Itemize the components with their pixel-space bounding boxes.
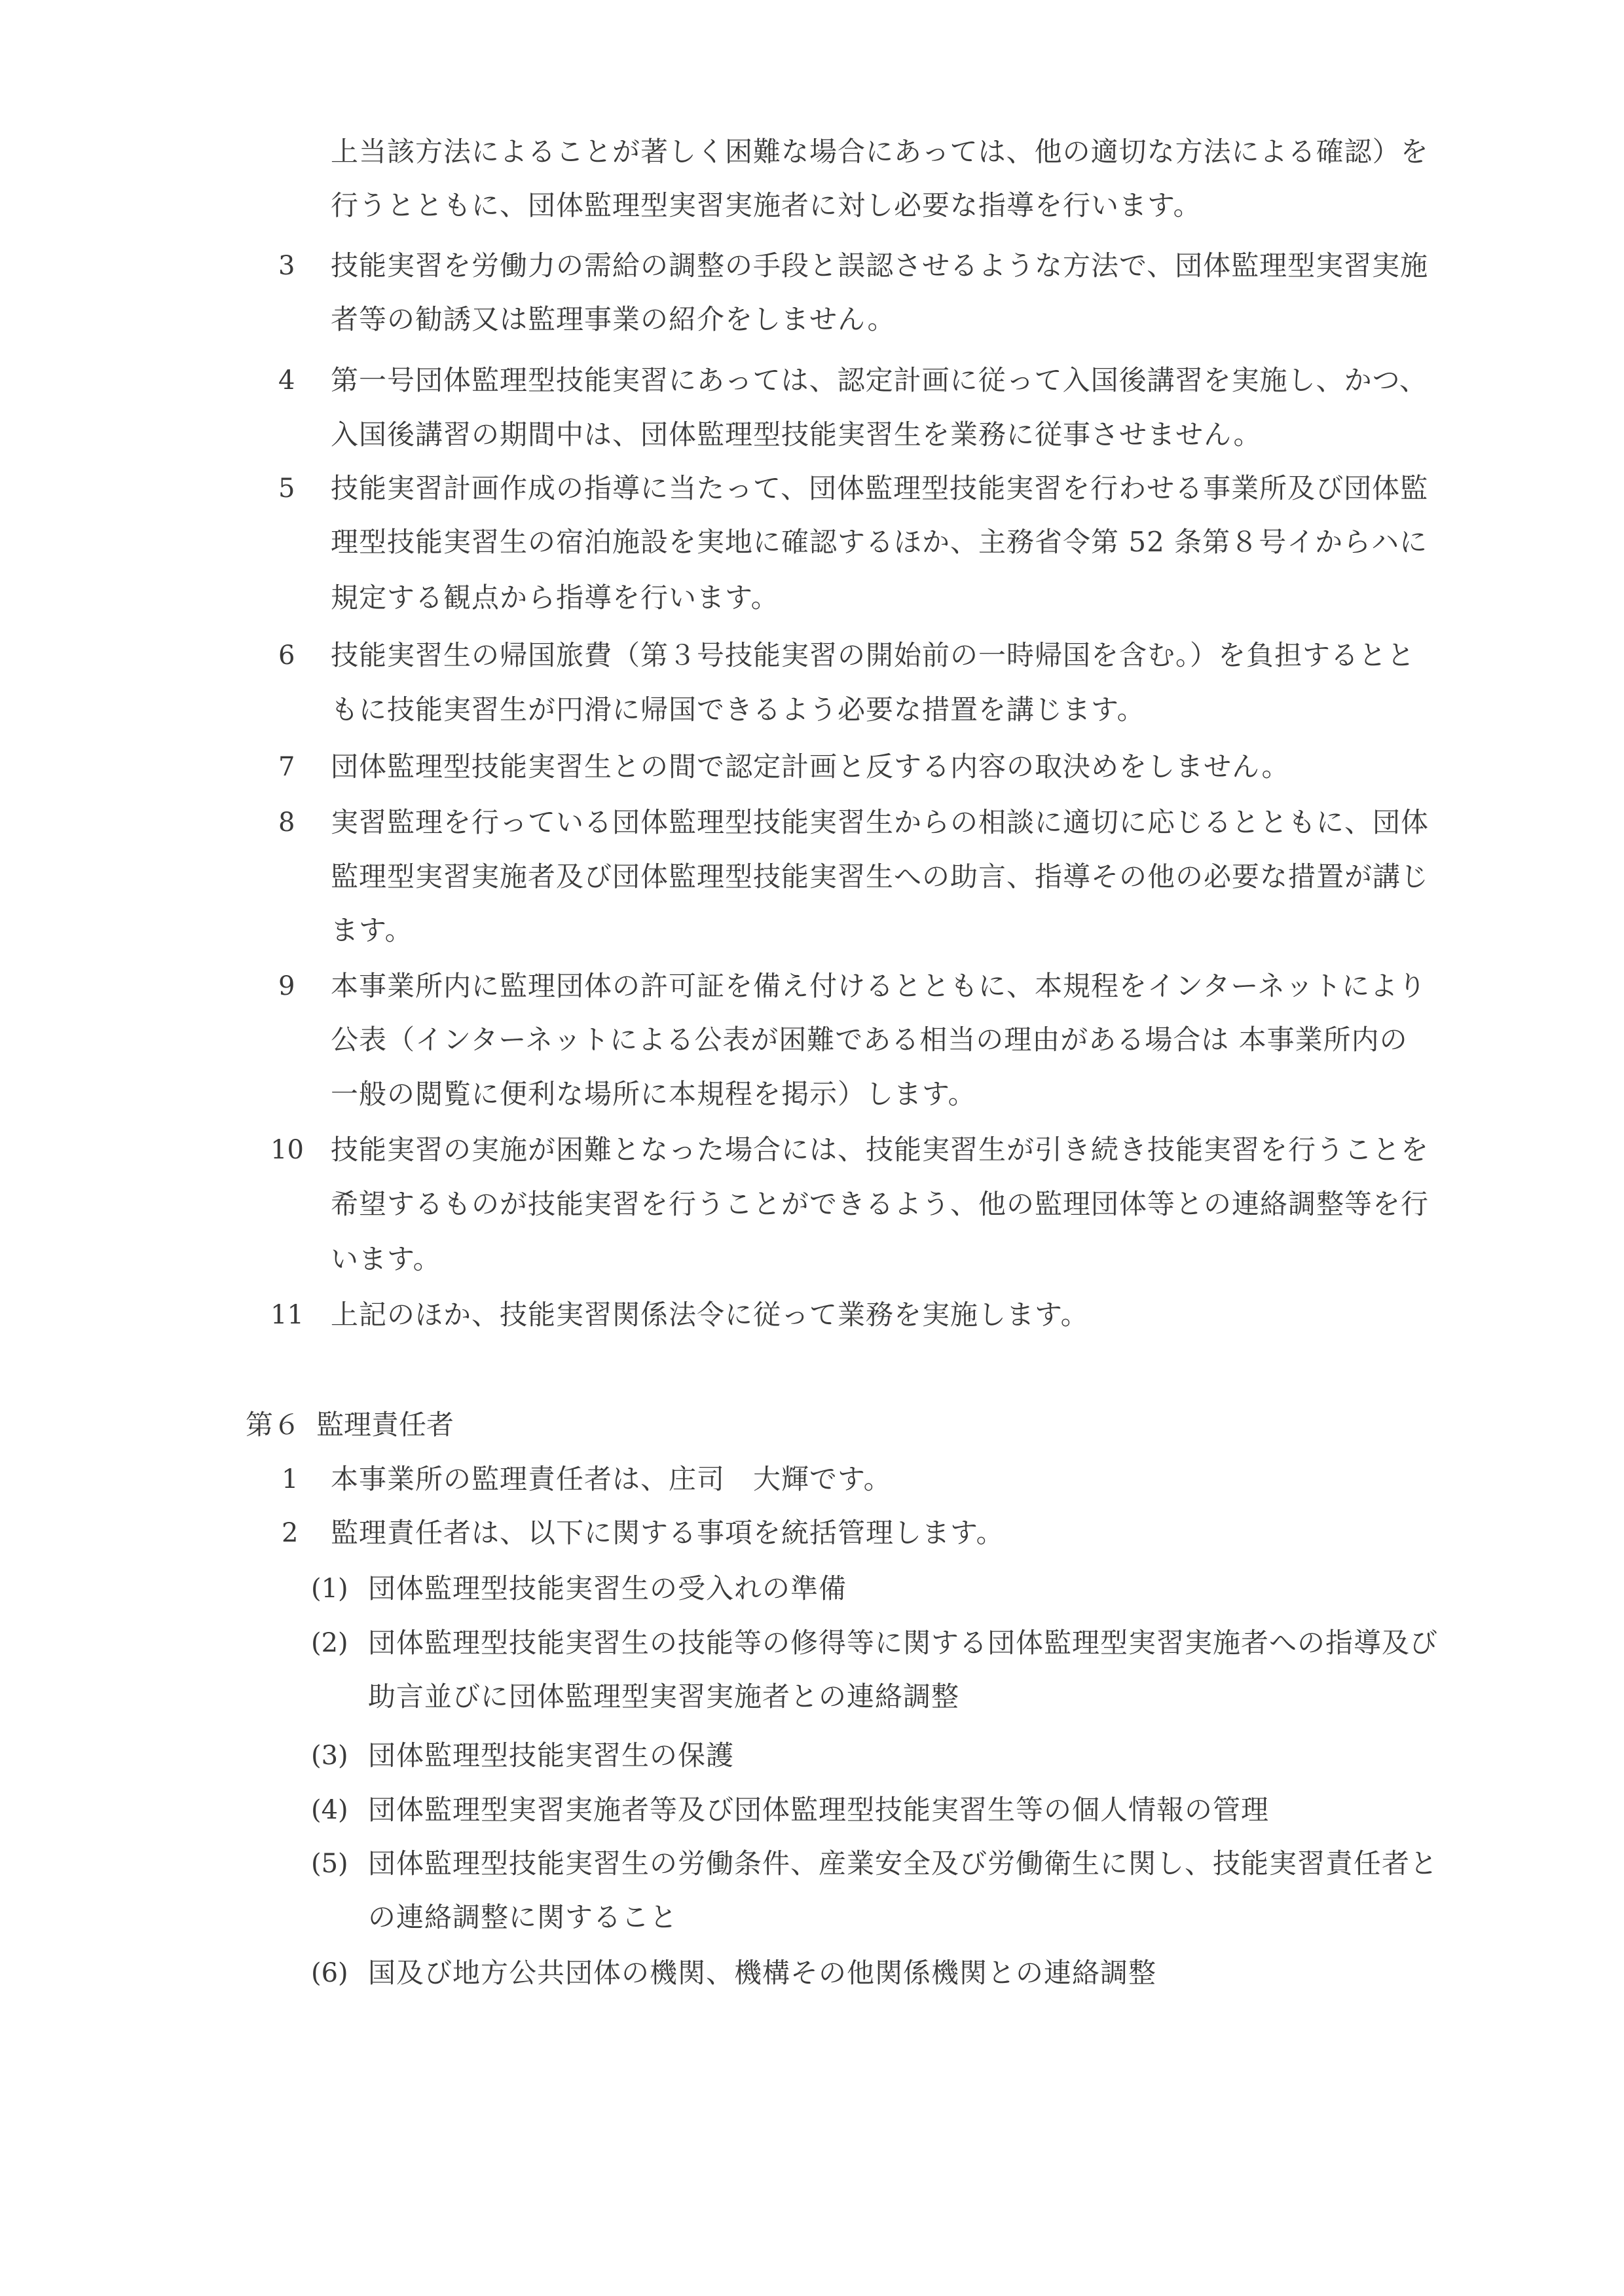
- item-text: 監理責任者は、以下に関する事項を統括管理します。: [331, 1516, 1005, 1550]
- item-text: 入国後講習の期間中は、団体監理型技能実習生を業務に従事させません。: [331, 418, 1262, 452]
- item-text: 上記のほか、技能実習関係法令に従って業務を実施します。: [331, 1298, 1089, 1332]
- item-number: 1: [282, 1462, 298, 1496]
- continuation-line: 上当該方法によることが著しく困難な場合にあっては、他の適切な方法による確認）を: [331, 135, 1429, 169]
- subitem-text: 助言並びに団体監理型実習実施者との連絡調整: [368, 1680, 959, 1714]
- subitem-number: (1): [311, 1572, 348, 1606]
- subitem-text: 団体監理型実習実施者等及び団体監理型技能実習生等の個人情報の管理: [368, 1793, 1269, 1827]
- item-text: 団体監理型技能実習生との間で認定計画と反する内容の取決めをしません。: [331, 750, 1290, 784]
- subitem-number: (5): [311, 1847, 348, 1881]
- item-text: 本事業所内に監理団体の許可証を備え付けるとともに、本規程をインターネットにより: [331, 969, 1426, 1003]
- subitem-text: 団体監理型技能実習生の技能等の修得等に関する団体監理型実習実施者への指導及び: [368, 1626, 1438, 1660]
- item-text: 公表（インターネットによる公表が困難である相当の理由がある場合は 本事業所内の: [331, 1023, 1408, 1057]
- subitem-text: 団体監理型技能実習生の保護: [368, 1739, 734, 1773]
- item-text: 技能実習生の帰国旅費（第３号技能実習の開始前の一時帰国を含む。）を負担するとと: [331, 639, 1415, 673]
- item-number: 3: [278, 249, 295, 283]
- item-number: 9: [278, 969, 295, 1003]
- item-number: 2: [282, 1516, 298, 1550]
- item-text: 技能実習計画作成の指導に当たって、団体監理型技能実習を行わせる事業所及び団体監: [331, 472, 1428, 506]
- item-text: もに技能実習生が円滑に帰国できるよう必要な措置を講じます。: [331, 693, 1145, 727]
- subitem-text: 団体監理型技能実習生の受入れの準備: [368, 1572, 847, 1606]
- subitem-text: 団体監理型技能実習生の労働条件、産業安全及び労働衛生に関し、技能実習責任者と: [368, 1847, 1438, 1881]
- item-text: 実習監理を行っている団体監理型技能実習生からの相談に適切に応じるとともに、団体: [331, 805, 1429, 840]
- item-number: 10: [270, 1133, 304, 1167]
- continuation-line: 行うとともに、団体監理型実習実施者に対し必要な指導を行います。: [331, 189, 1202, 223]
- item-text: ます。: [331, 914, 413, 948]
- item-text: 希望するものが技能実習を行うことができるよう、他の監理団体等との連絡調整等を行: [331, 1187, 1429, 1221]
- item-text: 技能実習の実施が困難となった場合には、技能実習生が引き続き技能実習を行うことを: [331, 1133, 1429, 1167]
- subitem-number: (3): [311, 1739, 348, 1773]
- subitem-text: の連絡調整に関すること: [368, 1900, 678, 1935]
- item-number: 7: [278, 750, 295, 784]
- item-text: 理型技能実習生の宿泊施設を実地に確認するほか、主務省令第 52 条第８号イからハ…: [331, 525, 1428, 559]
- item-number: 5: [278, 472, 295, 506]
- item-number: 6: [278, 639, 295, 673]
- subitem-text: 国及び地方公共団体の機関、機構その他関係機関との連絡調整: [368, 1956, 1156, 1990]
- item-text: 技能実習を労働力の需給の調整の手段と誤認させるような方法で、団体監理型実習実施: [331, 249, 1428, 283]
- item-number: 4: [278, 363, 295, 398]
- item-number: 8: [278, 805, 295, 840]
- section-heading-number: 第６: [246, 1408, 301, 1442]
- item-text: 本事業所の監理責任者は、庄司 大輝です。: [331, 1462, 892, 1496]
- section-heading-title: 監理責任者: [316, 1408, 454, 1442]
- item-text: 規定する観点から指導を行います。: [331, 581, 779, 615]
- subitem-number: (4): [311, 1793, 348, 1827]
- item-text: 監理型実習実施者及び団体監理型技能実習生への助言、指導その他の必要な措置が講じ: [331, 860, 1429, 894]
- subitem-number: (6): [311, 1956, 348, 1990]
- item-text: 者等の勧誘又は監理事業の紹介をしません。: [331, 303, 896, 337]
- item-text: 一般の閲覧に便利な場所に本規程を掲示）します。: [331, 1077, 976, 1111]
- item-number: 11: [270, 1298, 304, 1332]
- subitem-number: (2): [311, 1626, 348, 1660]
- item-text: います。: [331, 1242, 441, 1276]
- item-text: 第一号団体監理型技能実習にあっては、認定計画に従って入国後講習を実施し、かつ、: [331, 363, 1428, 398]
